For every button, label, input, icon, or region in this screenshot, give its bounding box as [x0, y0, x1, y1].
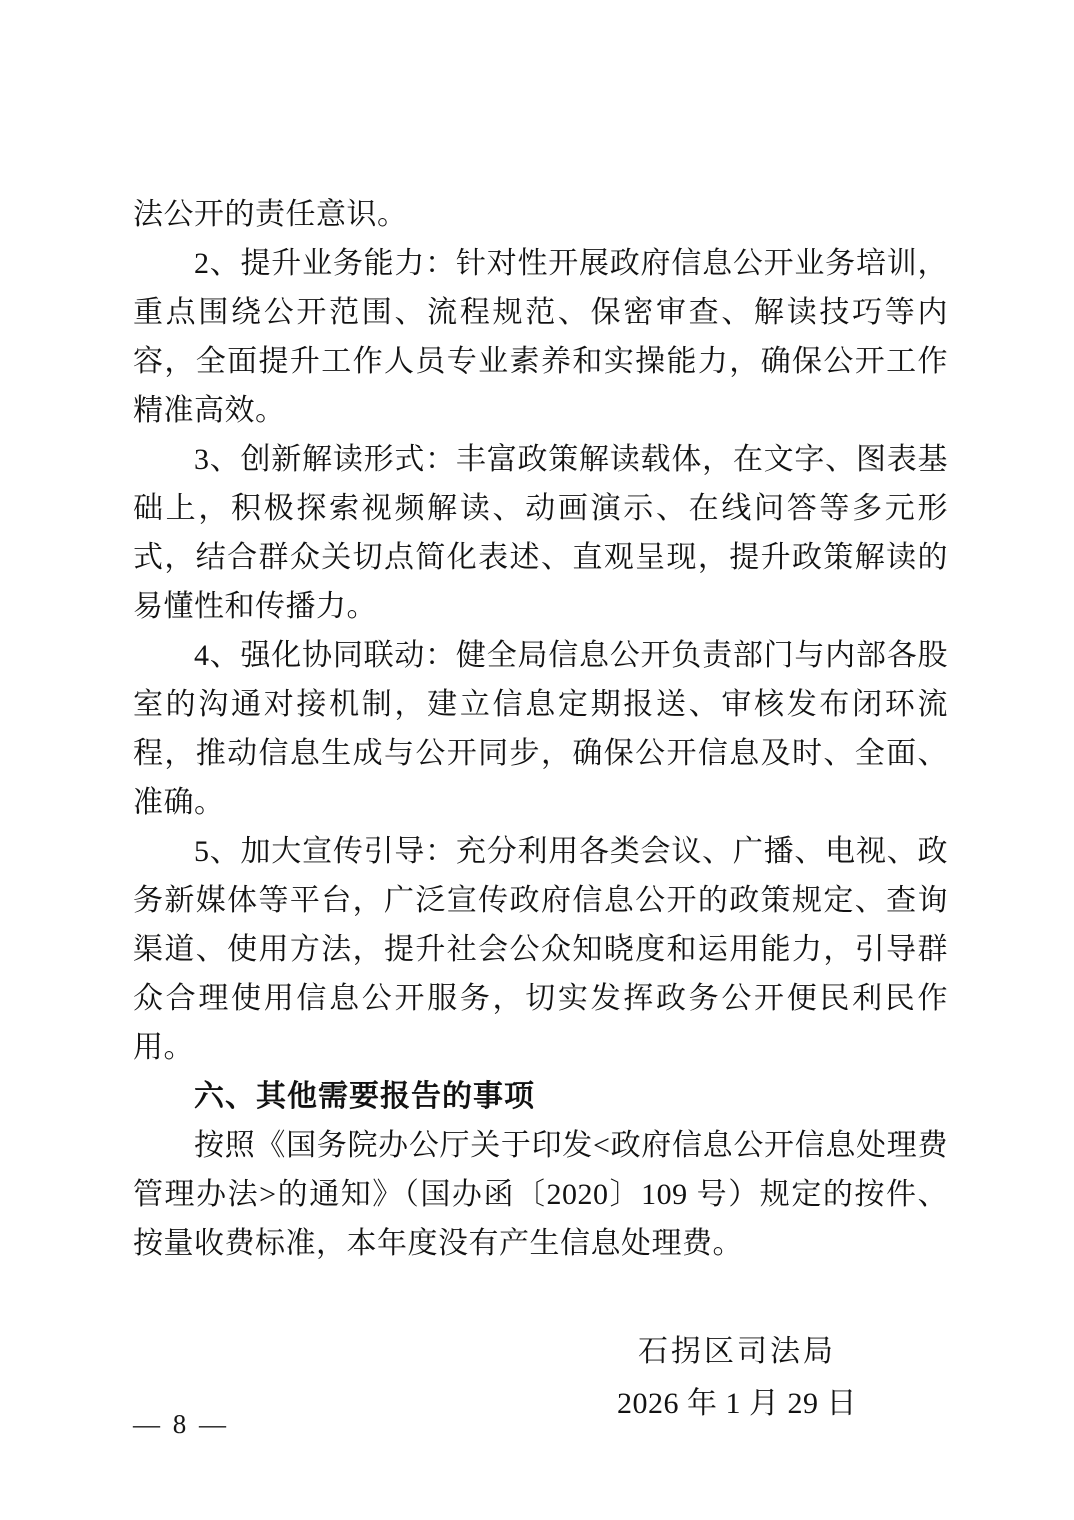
document-body: 法公开的责任意识。 2、提升业务能力：针对性开展政府信息公开业务培训，重点围绕公… [133, 190, 948, 1430]
page-footer: — 8 — [133, 1408, 229, 1440]
paragraph-item-5: 5、加大宣传引导：充分利用各类会议、广播、电视、政务新媒体等平台，广泛宣传政府信… [133, 827, 948, 1072]
page-number: — 8 — [133, 1409, 229, 1439]
section-heading: 六、其他需要报告的事项 [133, 1072, 948, 1121]
paragraph-continuation: 法公开的责任意识。 [133, 190, 948, 239]
signature-date: 2026 年 1 月 29 日 [577, 1378, 897, 1430]
signature-organization: 石拐区司法局 [577, 1326, 897, 1378]
paragraph-item-2: 2、提升业务能力：针对性开展政府信息公开业务培训，重点围绕公开范围、流程规范、保… [133, 239, 948, 435]
paragraph-item-4: 4、强化协同联动：健全局信息公开负责部门与内部各股室的沟通对接机制，建立信息定期… [133, 631, 948, 827]
paragraph-item-3: 3、创新解读形式：丰富政策解读载体，在文字、图表基础上，积极探索视频解读、动画演… [133, 435, 948, 631]
document-page: 法公开的责任意识。 2、提升业务能力：针对性开展政府信息公开业务培训，重点围绕公… [0, 0, 1074, 1520]
closing-paragraph: 按照《国务院办公厅关于印发<政府信息公开信息处理费管理办法>的通知》（国办函〔2… [133, 1121, 948, 1268]
signature-block: 石拐区司法局 2026 年 1 月 29 日 [577, 1326, 897, 1430]
